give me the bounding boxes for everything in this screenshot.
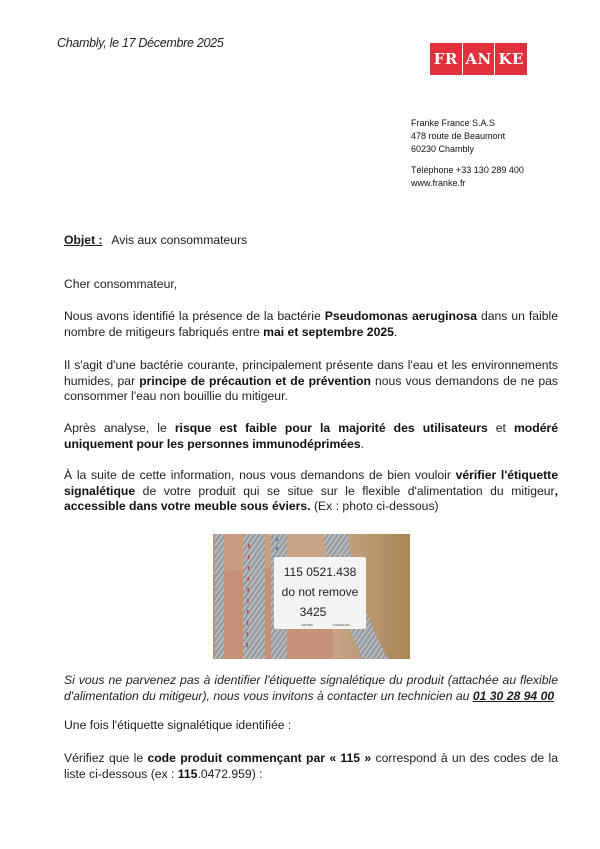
risk-low: risque est faible pour la majorité des u…	[175, 421, 488, 435]
text: Nous avons identifié la présence de la b…	[64, 309, 325, 323]
code-prefix: code produit commençant par « 115 »	[147, 751, 371, 765]
text: et	[488, 421, 514, 435]
precaution: principe de précaution et de prévention	[139, 374, 371, 388]
bacteria-name: Pseudomonas aeruginosa	[325, 309, 477, 323]
text: (Ex : photo ci-dessous)	[311, 499, 439, 513]
paragraph-risk: Après analyse, le risque est faible pour…	[64, 421, 558, 452]
paragraph-verify-code: Vérifiez que le code produit commençant …	[64, 751, 558, 782]
svg-text:do not remove: do not remove	[282, 585, 359, 599]
logo-block: KE	[495, 43, 527, 75]
text: .	[361, 437, 364, 451]
text: À la suite de cette information, nous vo…	[64, 468, 456, 482]
example-prefix: 115	[178, 767, 198, 781]
paragraph-bacteria: Nous avons identifié la présence de la b…	[64, 309, 558, 340]
text: Après analyse, le	[64, 421, 175, 435]
company-name: Franke France S.A.S	[411, 117, 524, 130]
text: Vérifiez que le	[64, 751, 147, 765]
text: de votre produit qui se situe sur le fle…	[135, 484, 555, 498]
subject-text: Avis aux consommateurs	[111, 233, 247, 247]
salutation: Cher consommateur,	[64, 277, 558, 293]
svg-text:1047599: 1047599	[301, 623, 313, 627]
address-city: 60230 Chambly	[411, 143, 524, 156]
logo-block: AN	[463, 43, 495, 75]
hose-label-image: 115 0521.438 do not remove 3425 1047599 …	[213, 534, 410, 659]
paragraph-once-identified: Une fois l'étiquette signalétique identi…	[64, 718, 558, 734]
period: mai et septembre 2025	[263, 325, 394, 339]
date-line: Chambly, le 17 Décembre 2025	[57, 36, 223, 50]
subject-label: Objet :	[64, 233, 103, 247]
company-phone: Téléphone +33 130 289 400	[411, 164, 524, 177]
paragraph-contact: Si vous ne parvenez pas à identifier l'é…	[64, 673, 558, 704]
subject-line: Objet : Avis aux consommateurs	[64, 233, 247, 247]
address-street: 478 route de Beaumont	[411, 130, 524, 143]
svg-text:3425: 3425	[300, 605, 327, 619]
label-photo: 115 0521.438 do not remove 3425 1047599 …	[213, 534, 410, 659]
paragraph-check-label: À la suite de cette information, nous vo…	[64, 468, 558, 515]
franke-logo: FR AN KE	[430, 43, 527, 75]
text: .	[394, 325, 397, 339]
svg-text:3794301429: 3794301429	[333, 623, 350, 627]
text: .0472.959) :	[197, 767, 262, 781]
technician-phone-link[interactable]: 01 30 28 94 00	[473, 689, 554, 703]
logo-block: FR	[430, 43, 462, 75]
svg-text:115 0521.438: 115 0521.438	[284, 565, 357, 579]
paragraph-precaution: Il s'agit d'une bactérie courante, princ…	[64, 358, 558, 405]
company-website[interactable]: www.franke.fr	[411, 177, 524, 190]
company-address: Franke France S.A.S 478 route de Beaumon…	[411, 117, 524, 190]
